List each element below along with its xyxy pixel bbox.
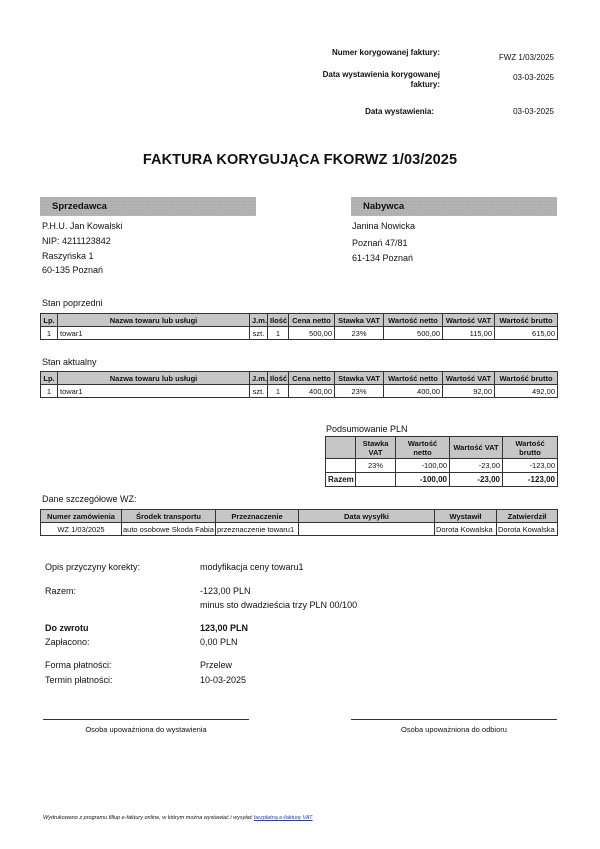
corrected-invoice-number-label: Numer korygowanej faktury: (310, 48, 440, 58)
column-header: Nazwa towaru lub usługi (58, 372, 250, 385)
refund-value: 123,00 PLN (200, 622, 248, 634)
summary-total-row: Razem -100,00 -23,00 -123,00 (326, 473, 558, 487)
column-header: Wartość brutto (495, 372, 558, 385)
current-state-table: Lp. Nazwa towaru lub usługi J.m. Ilość C… (40, 371, 558, 398)
table-row: WZ 1/03/2025 auto osobowe Skoda Fabia pr… (41, 523, 558, 536)
payment-due-value: 10-03-2025 (200, 674, 246, 686)
cell: 1 (268, 385, 289, 398)
footer-text: Wydrukowano z programu fillup e-faktury … (43, 815, 254, 821)
cell: 92,00 (443, 385, 495, 398)
issue-date-label: Data wystawienia: (304, 107, 434, 117)
wz-table: Numer zamówienia Środek transportu Przez… (40, 509, 558, 536)
total-in-words: minus sto dwadzieścia trzy PLN 00/100 (200, 599, 357, 611)
buyer-heading: Nabywca (351, 197, 557, 216)
previous-state-label: Stan poprzedni (42, 298, 103, 308)
previous-state-table: Lp. Nazwa towaru lub usługi J.m. Ilość C… (40, 313, 558, 340)
wz-label: Dane szczegółowe WZ: (42, 494, 137, 504)
cell (299, 523, 435, 536)
cell: szt. (250, 327, 268, 340)
column-header: Wartość VAT (443, 372, 495, 385)
page-title: FAKTURA KORYGUJĄCA FKORWZ 1/03/2025 (0, 152, 600, 168)
column-header: Stawka VAT (335, 372, 384, 385)
paid-label: Zapłacono: (45, 636, 90, 648)
cell (356, 473, 396, 487)
total-value: -123,00 PLN (200, 585, 251, 597)
column-header: Numer zamówienia (41, 510, 122, 523)
cell: 23% (335, 327, 384, 340)
column-header: Wystawił (435, 510, 497, 523)
table-header-row: Lp. Nazwa towaru lub usługi J.m. Ilość C… (41, 372, 558, 385)
column-header: Cena netto (289, 314, 335, 327)
column-header (326, 437, 356, 459)
column-header: Środek transportu (122, 510, 216, 523)
paid-value: 0,00 PLN (200, 636, 238, 648)
cell: -100,00 (396, 473, 450, 487)
cell: 400,00 (289, 385, 335, 398)
column-header: Lp. (41, 372, 58, 385)
cell: 115,00 (443, 327, 495, 340)
column-header: J.m. (250, 314, 268, 327)
column-header: Cena netto (289, 372, 335, 385)
cell: -23,00 (450, 473, 503, 487)
column-header: Ilość (268, 372, 289, 385)
summary-label: Podsumowanie PLN (326, 424, 408, 434)
column-header: Wartość netto (384, 372, 443, 385)
column-header: Wartość netto (396, 437, 450, 459)
payment-due-label: Termin płatności: (45, 674, 113, 686)
cell: 1 (268, 327, 289, 340)
cell: 23% (356, 459, 396, 473)
column-header: Ilość (268, 314, 289, 327)
cell: -123,00 (503, 473, 558, 487)
issue-date: 03-03-2025 (454, 107, 554, 117)
summary-table: Stawka VAT Wartość netto Wartość VAT War… (325, 436, 558, 487)
column-header: Data wysyłki (299, 510, 435, 523)
column-header: J.m. (250, 372, 268, 385)
corrected-invoice-date-label: Data wystawienia korygowanej faktury: (310, 70, 440, 90)
table-row: 1 towar1 szt. 1 400,00 23% 400,00 92,00 … (41, 385, 558, 398)
total-label: Razem: (45, 585, 76, 597)
column-header: Wartość brutto (495, 314, 558, 327)
column-header: Nazwa towaru lub usługi (58, 314, 250, 327)
table-header-row: Lp. Nazwa towaru lub usługi J.m. Ilość C… (41, 314, 558, 327)
corrected-invoice-date: 03-03-2025 (454, 73, 554, 83)
corrected-invoice-number: FWZ 1/03/2025 (454, 53, 554, 63)
payment-method-label: Forma płatności: (45, 659, 112, 671)
column-header: Stawka VAT (335, 314, 384, 327)
footer-note: Wydrukowano z programu fillup e-faktury … (43, 815, 313, 821)
column-header: Lp. (41, 314, 58, 327)
cell: 1 (41, 385, 58, 398)
buyer-line: 61-134 Poznań (352, 252, 413, 264)
cell: -23,00 (450, 459, 503, 473)
issuer-signature-label: Osoba upoważniona do wystawienia (43, 725, 249, 734)
cell: Dorota Kowalska (435, 523, 497, 536)
column-header: Stawka VAT (356, 437, 396, 459)
seller-heading: Sprzedawca (40, 197, 256, 216)
seller-line: NIP: 4211123842 (42, 235, 111, 247)
cell (326, 459, 356, 473)
seller-line: 60-135 Poznań (42, 264, 103, 276)
cell: 500,00 (289, 327, 335, 340)
cell: 615,00 (495, 327, 558, 340)
table-row: 1 towar1 szt. 1 500,00 23% 500,00 115,00… (41, 327, 558, 340)
issuer-signature-line (43, 719, 249, 720)
column-header: Wartość VAT (450, 437, 503, 459)
buyer-line: Janina Nowicka (352, 220, 415, 232)
buyer-line: Poznań 47/81 (352, 237, 408, 249)
cell: 500,00 (384, 327, 443, 340)
cell: auto osobowe Skoda Fabia (122, 523, 216, 536)
cell: przeznaczenie towaru1 (216, 523, 299, 536)
column-header: Przeznaczenie (216, 510, 299, 523)
cell: Dorota Kowalska (497, 523, 558, 536)
seller-line: Raszyńska 1 (42, 250, 94, 262)
cell: -123,00 (503, 459, 558, 473)
seller-line: P.H.U. Jan Kowalski (42, 220, 122, 232)
free-e-invoice-link[interactable]: bezpłatną e-fakturę VAT (254, 815, 313, 821)
current-state-label: Stan aktualny (42, 357, 97, 367)
column-header: Zatwierdził (497, 510, 558, 523)
reason-label: Opis przyczyny korekty: (45, 561, 140, 573)
table-row: 23% -100,00 -23,00 -123,00 (326, 459, 558, 473)
column-header: Wartość netto (384, 314, 443, 327)
column-header: Wartość VAT (443, 314, 495, 327)
cell: WZ 1/03/2025 (41, 523, 122, 536)
cell: -100,00 (396, 459, 450, 473)
cell: 23% (335, 385, 384, 398)
table-header-row: Stawka VAT Wartość netto Wartość VAT War… (326, 437, 558, 459)
cell: 492,00 (495, 385, 558, 398)
cell: Razem (326, 473, 356, 487)
column-header: Wartość brutto (503, 437, 558, 459)
reason-value: modyfikacja ceny towaru1 (200, 561, 304, 573)
payment-method-value: Przelew (200, 659, 232, 671)
receiver-signature-line (351, 719, 557, 720)
cell: 400,00 (384, 385, 443, 398)
cell: towar1 (58, 385, 250, 398)
cell: towar1 (58, 327, 250, 340)
receiver-signature-label: Osoba upoważniona do odbioru (351, 725, 557, 734)
cell: szt. (250, 385, 268, 398)
refund-label: Do zwrotu (45, 622, 89, 634)
cell: 1 (41, 327, 58, 340)
table-header-row: Numer zamówienia Środek transportu Przez… (41, 510, 558, 523)
